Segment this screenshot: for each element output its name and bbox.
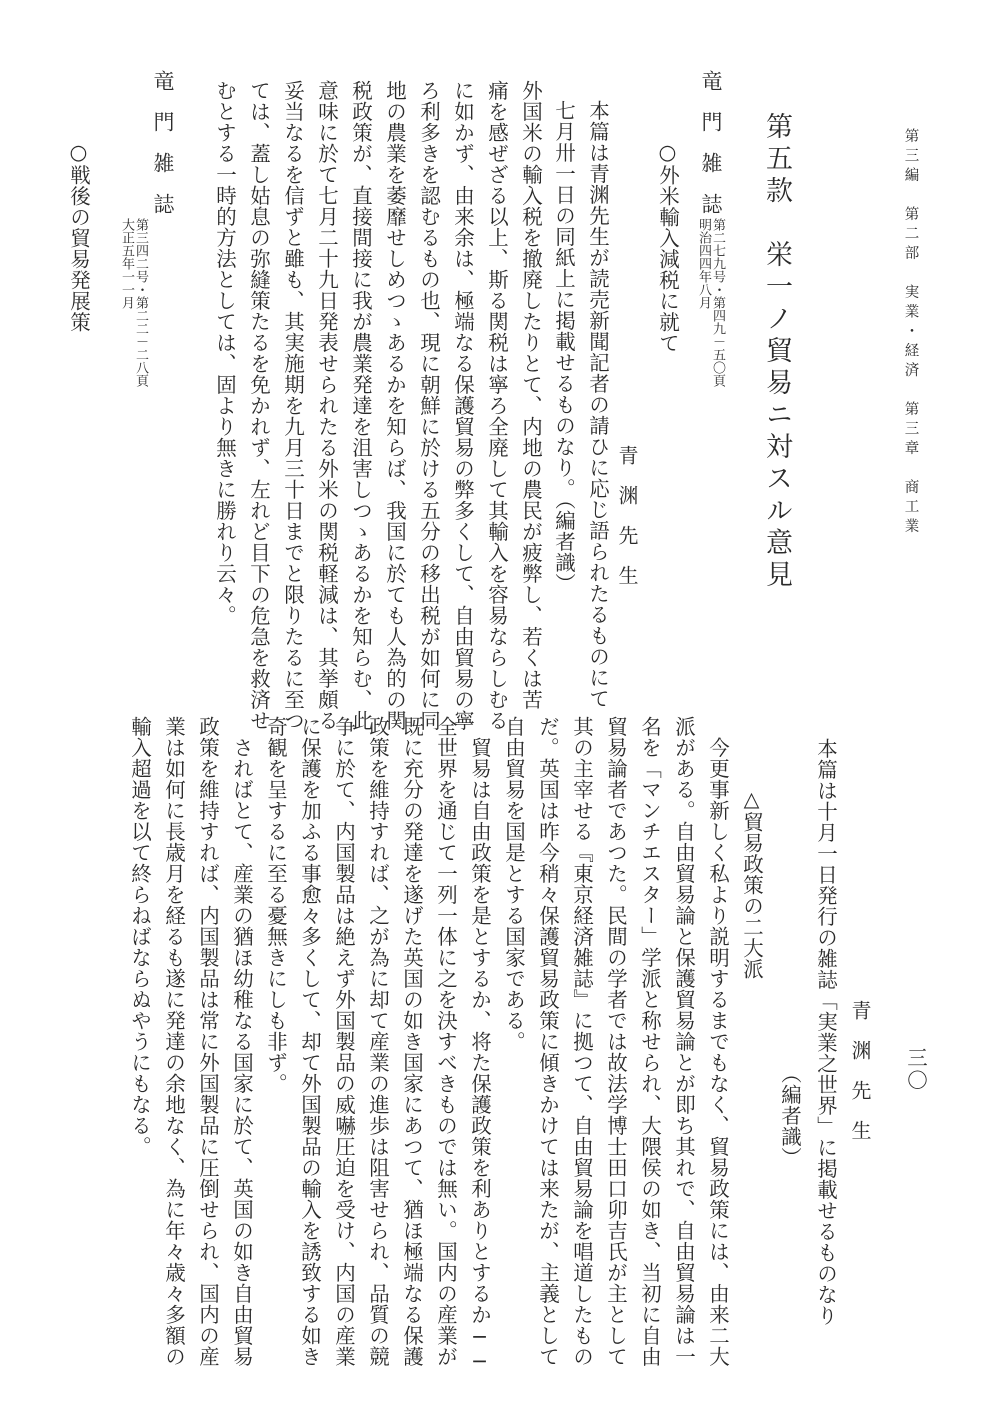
body-1-line-8: 妥当なるを信ずと雖も、其実施期を九月三十日までと限りたるに至つ bbox=[282, 80, 303, 731]
body-2-line-16: 政策を維持すれば、内国製品は常に外国製品に圧倒せられ、国内の産 bbox=[197, 716, 218, 1367]
subheading: △貿易政策の二大派 bbox=[741, 787, 762, 980]
body-1-line-1: 外国米の輸入税を撤廃したりとて、内地の農民が疲弊し、若くは苦 bbox=[520, 80, 541, 710]
article-title-1: ○外米輸入減税に就て bbox=[657, 140, 678, 354]
body-1-line-10: むとする一時的方法としては、固より無きに勝れり云々。 bbox=[214, 80, 235, 626]
body-2-line-6: だ。英国は昨今稍々保護貿易政策に傾きかけては来たが、主義として bbox=[537, 716, 558, 1367]
body-2-line-4: 貿易論者であつた。民間の学者では故法学博士田口卯吉氏が主として bbox=[605, 716, 626, 1367]
body-1-line-4: ろ利多きを認むるもの也、現に朝鮮に於ける五分の移出税が如何に同 bbox=[418, 80, 439, 731]
section-title: 第五款 栄一ノ貿易ニ対スル意見 bbox=[763, 112, 790, 592]
source-magazine-2: 竜門雑誌 bbox=[152, 70, 173, 234]
source-date-1: 明治四四年八月 bbox=[697, 218, 710, 387]
body-2-line-13: に保護を加ふる事愈々多くして、却て外国製品の輸入を誘致する如き bbox=[299, 716, 320, 1367]
body-2-line-3: 名を「マンチエスター」学派と称せられ、大隈侯の如き、当初に自由 bbox=[639, 716, 660, 1367]
editor-note-1-line-2: 七月卅一日の同紙上に掲載せるものなり。（編者識） bbox=[553, 100, 574, 594]
body-1-line-5: 地の農業を萎靡せしめつゝあるかを知らば、我国に於ても人為的の関 bbox=[384, 80, 405, 731]
body-2-line-10: 既に充分の発達を遂げた英国の如き国家にあつて、猶ほ極端なる保護 bbox=[401, 716, 422, 1367]
article-title-2: ○戦後の貿易発展策 bbox=[68, 140, 89, 333]
body-1-line-7: 意味に於て七月二十九日発表せられたる外米の関税軽減は、其挙頗る bbox=[316, 80, 337, 731]
source-issue-1: 第二七九号・第四九－五〇頁 bbox=[711, 218, 724, 387]
page-number: 三〇 bbox=[905, 1047, 926, 1092]
body-2-line-7: 自由貿易を国是とする国家である。 bbox=[503, 716, 524, 1052]
running-header: 第三編 第二部 実業・経済 第三章 商工業 bbox=[903, 128, 918, 538]
body-1-line-6: 税政策が、直接間接に我が農業発達を沮害しつゝあるかを知らむ、此 bbox=[350, 80, 371, 731]
body-1-line-3: に如かず、由来余は、極端なる保護貿易の弊多くして、自由貿易の寧 bbox=[452, 80, 473, 731]
source-citation-1: 第二七九号・第四九－五〇頁 明治四四年八月 bbox=[697, 218, 724, 387]
body-2-line-12: 争に於て、内国製品は絶えず外国製品の威嚇圧迫を受け、内国の産業 bbox=[333, 716, 354, 1367]
editor-note-2-line-2: （編者識） bbox=[779, 1063, 800, 1168]
body-2-line-18: 輸入超過を以て終らねばならぬやうにもなる。 bbox=[129, 716, 150, 1157]
source-date-2: 大正五年一一月 bbox=[120, 218, 133, 387]
body-1-line-9: ては、蓋し姑息の弥縫策たるを免かれず、左れど目下の危急を救済せ bbox=[248, 80, 269, 731]
body-2-line-2: 派がある。自由貿易論と保護貿易論とが即ち其れで、自由貿易論は一 bbox=[673, 716, 694, 1367]
body-2-line-8: 貿易は自由政策を是とするか、将た保護政策を利ありとするか── bbox=[469, 716, 490, 1374]
body-2-line-15: さればとて、産業の猶ほ幼稚なる国家に於て、英国の如き自由貿易 bbox=[231, 716, 252, 1367]
source-issue-2: 第三四二号・第二二－二八頁 bbox=[134, 218, 147, 387]
author-2: 青渊先生 bbox=[850, 1000, 870, 1160]
editor-note-2-line-1: 本篇は十月一日発行の雑誌「実業之世界」に掲載せるものなり bbox=[815, 738, 836, 1326]
source-magazine-1: 竜門雑誌 bbox=[700, 70, 721, 234]
body-2-line-11: 政策を維持すれば、之が為に却て産業の進歩は阻害せられ、品質の競 bbox=[367, 716, 388, 1367]
source-citation-2: 第三四二号・第二二－二八頁 大正五年一一月 bbox=[120, 218, 147, 387]
body-1-line-2: 痛を感ぜざる以上、斯る関税は寧ろ全廃して其輸入を容易ならしむる bbox=[486, 80, 507, 731]
body-2-line-9: 全世界を通じて一列一体に之を決すべきものでは無い。国内の産業が bbox=[435, 716, 456, 1367]
body-2-line-5: 其の主宰せる『東京経済雑誌』に拠つて、自由貿易論を唱道したもの bbox=[571, 716, 592, 1367]
body-2-line-17: 業は如何に長歳月を経るも遂に発達の余地なく、為に年々歳々多額の bbox=[163, 716, 184, 1367]
body-2-line-1: 今更事新しく私より説明するまでもなく、貿易政策には、由来二大 bbox=[707, 716, 728, 1367]
body-2-line-14: 奇観を呈するに至る憂無きにしも非ず。 bbox=[265, 716, 286, 1094]
author-1: 青渊先生 bbox=[617, 445, 637, 605]
editor-note-1-line-1: 本篇は青渊先生が読売新聞記者の請ひに応じ語られたるものにて bbox=[587, 100, 608, 709]
